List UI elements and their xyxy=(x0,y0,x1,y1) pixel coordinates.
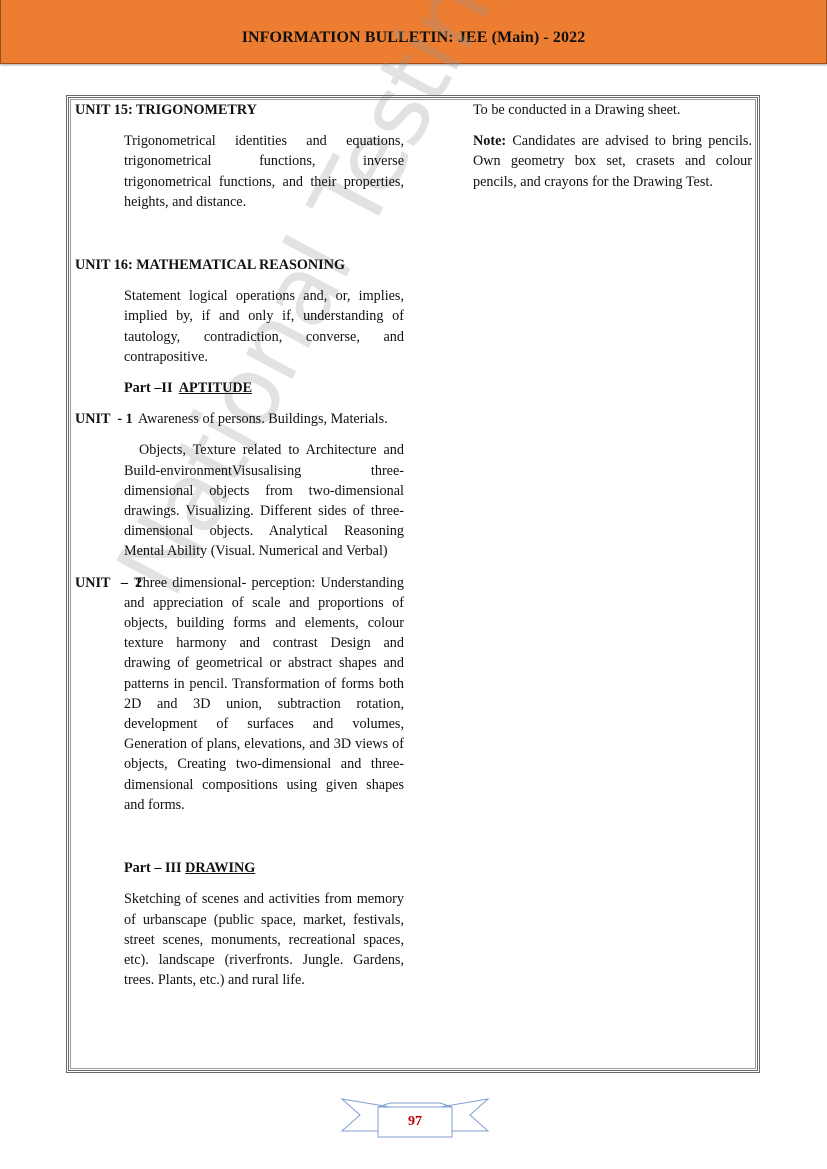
unit-2-text: Three dimensional- perception: Understan… xyxy=(124,573,404,815)
note-paragraph: Note: Candidates are advised to bring pe… xyxy=(473,131,752,192)
part-3-title: DRAWING xyxy=(185,860,255,876)
part-3-prefix: Part – III xyxy=(124,860,185,876)
part-2-title: APTITUDE xyxy=(179,380,252,396)
unit-16-body: Statement logical operations and, or, im… xyxy=(75,286,404,367)
aptitude-unit-1: UNIT - 1 Awareness of persons. Buildings… xyxy=(75,409,404,429)
unit-2-label: UNIT – 2 xyxy=(75,573,124,815)
part-2-heading: Part –II APTITUDE xyxy=(75,378,404,398)
left-column: UNIT 15: TRIGONOMETRY Trigonometrical id… xyxy=(75,100,404,990)
unit-15-body: Trigonometrical identities and equations… xyxy=(75,131,404,212)
unit-15-heading: UNIT 15: TRIGONOMETRY xyxy=(75,100,404,120)
unit-1-body: Objects, Texture related to Architecture… xyxy=(75,440,404,561)
unit-1-text: Awareness of persons. Buildings, Materia… xyxy=(124,409,404,429)
page-number-banner: 97 xyxy=(340,1097,490,1143)
header-title: INFORMATION BULLETIN: JEE (Main) - 2022 xyxy=(1,29,826,47)
part-3-body: Sketching of scenes and activities from … xyxy=(75,889,404,990)
drawing-sheet-line: To be conducted in a Drawing sheet. xyxy=(473,100,752,120)
page-number: 97 xyxy=(340,1114,490,1130)
unit-1-label: UNIT - 1 xyxy=(75,409,124,429)
part-2-prefix: Part –II xyxy=(124,380,179,396)
note-text: Candidates are advised to bring pencils.… xyxy=(473,133,752,189)
note-label: Note: xyxy=(473,133,506,149)
aptitude-unit-2: UNIT – 2 Three dimensional- perception: … xyxy=(75,573,404,815)
right-column: To be conducted in a Drawing sheet. Note… xyxy=(473,100,752,192)
unit-16-heading: UNIT 16: MATHEMATICAL REASONING xyxy=(75,255,404,275)
part-3-heading: Part – III DRAWING xyxy=(75,858,404,878)
page-header: INFORMATION BULLETIN: JEE (Main) - 2022 xyxy=(0,0,827,64)
